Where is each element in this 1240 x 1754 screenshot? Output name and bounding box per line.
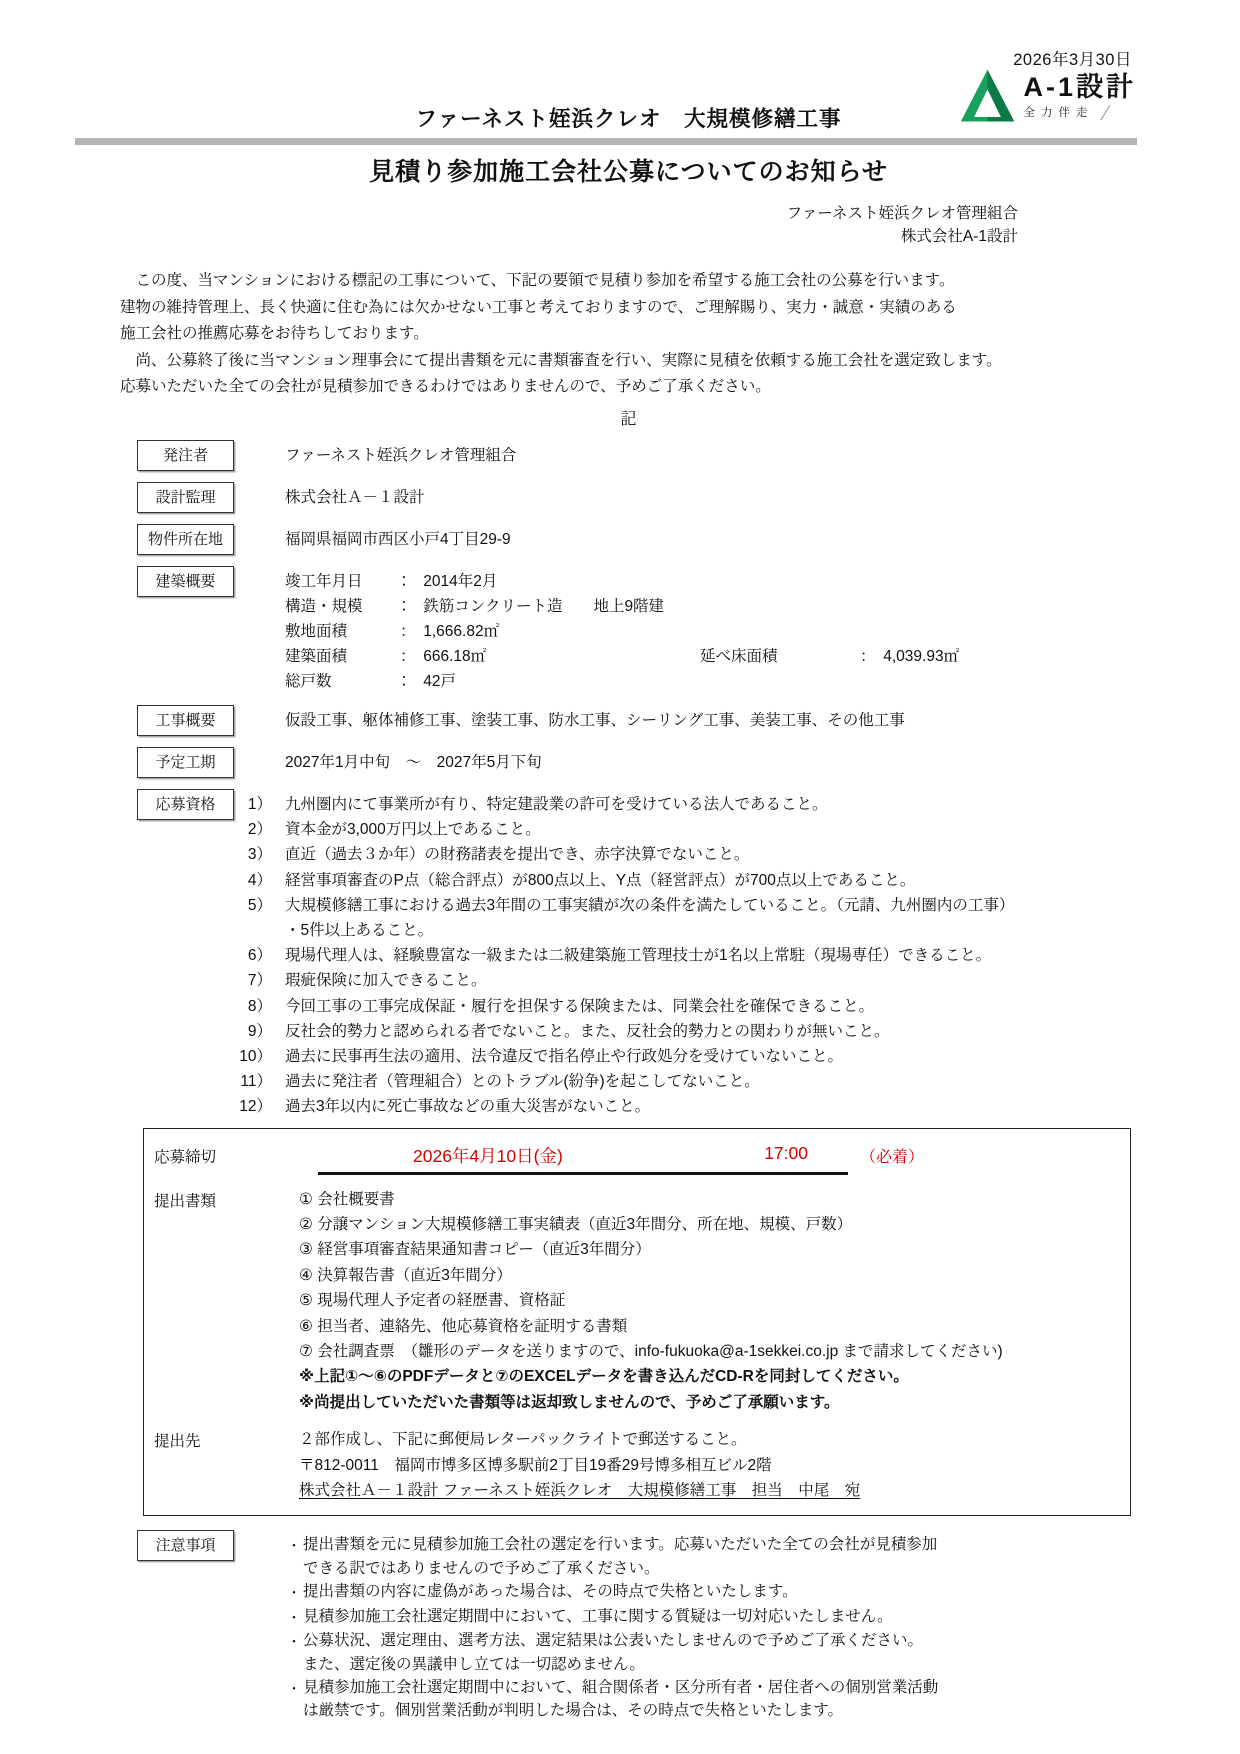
field-row-work: 工事概要 仮設工事、躯体補修工事、塗装工事、防水工事、シーリング工事、美装工事、… <box>120 705 1137 736</box>
building-key: 敷地面積 <box>285 619 400 644</box>
application-box: 応募締切 2026年4月10日(金) 17:00 （必着） 提出書類 ① 会社概… <box>143 1128 1131 1517</box>
document-item: ⑥ 担当者、連絡先、他応募資格を証明する書類 <box>299 1314 1120 1339</box>
documents-label: 提出書類 <box>154 1187 299 1416</box>
qualification-number: 9） <box>238 1019 272 1044</box>
supervisor-label: 設計監理 <box>137 482 234 513</box>
document-note: ※尚提出していただいた書類等は返却致しませんので、予めご了承願います。 <box>299 1390 1120 1415</box>
field-row-supervisor: 設計監理 株式会社Ａ－１設計 <box>120 482 1137 513</box>
qualification-number: 10） <box>238 1044 272 1069</box>
supervisor-value: 株式会社Ａ－１設計 <box>285 482 1137 510</box>
documents-row: 提出書類 ① 会社概要書 ② 分譲マンション大規模修繕工事実績表（直近3年間分、… <box>154 1187 1120 1416</box>
orderer-value: ファーネスト姪浜クレオ管理組合 <box>285 440 1137 468</box>
qualification-text: 過去に発注者（管理組合）とのトラブル(紛争)を起こしてないこと。 <box>285 1069 760 1094</box>
caution-text: 提出書類の内容に虚偽があった場合は、その時点で失格といたします。 <box>303 1580 798 1604</box>
documents-list: ① 会社概要書 ② 分譲マンション大規模修繕工事実績表（直近3年間分、所在地、規… <box>299 1187 1120 1416</box>
period-label: 予定工期 <box>137 747 234 778</box>
field-row-location: 物件所在地 福岡県福岡市西区小戸4丁目29-9 <box>120 524 1137 555</box>
qualification-item: 3）直近（過去３か年）の財務諸表を提出でき、赤字決算でないこと。 <box>238 842 1137 867</box>
sender-company: 株式会社A-1設計 <box>120 225 1018 248</box>
qualification-number: 7） <box>238 968 272 993</box>
document-date: 2026年3月30日 <box>1013 46 1132 70</box>
qualification-item: 8）今回工事の工事完成保証・履行を担保する保険または、同業会社を確保できること。 <box>238 994 1137 1019</box>
deadline-note: （必着） <box>860 1143 924 1167</box>
bullet-icon: ・ <box>285 1533 303 1580</box>
building-value: ： 666.18㎡ <box>400 644 700 669</box>
qualification-item: 9）反社会的勢力と認められる者でないこと。また、反社会的勢力との関わりが無いこと… <box>238 1019 1137 1044</box>
qualification-text: 資本金が3,000万円以上であること。 <box>285 817 541 842</box>
qualification-item: 1）九州圏内にて事業所が有り、特定建設業の許可を受けている法人であること。 <box>238 792 1137 817</box>
building-key: 総戸数 <box>285 669 400 694</box>
divider-bar <box>75 138 1137 145</box>
qualification-number: 4） <box>238 868 272 893</box>
deadline-date: 2026年4月10日(金) <box>413 1143 563 1168</box>
deadline-label: 応募締切 <box>154 1143 299 1175</box>
building-value: ： 鉄筋コンクリート造 地上9階建 <box>400 594 700 619</box>
building-rows: 竣工年月日： 2014年2月 構造・規模： 鉄筋コンクリート造 地上9階建 敷地… <box>285 566 1137 694</box>
location-label: 物件所在地 <box>137 524 234 555</box>
building-key: 建築面積 <box>285 644 400 669</box>
deadline-content: 2026年4月10日(金) 17:00 （必着） <box>299 1143 1120 1175</box>
qualification-item: 10）過去に民事再生法の適用、法令違反で指名停止や行政処分を受けていないこと。 <box>238 1044 1137 1069</box>
qualification-item: 4）経営事項審査のP点（総合評点）が800点以上、Y点（経営評点）が700点以上… <box>238 868 1137 893</box>
caution-text: 提出書類を元に見積参加施工会社の選定を行います。応募いただいた全ての会社が見積参… <box>303 1533 937 1580</box>
caution-item: ・見積参加施工会社選定期間中において、工事に関する質疑は一切対応いたしません。 <box>285 1605 1137 1629</box>
submission-label: 提出先 <box>154 1427 299 1503</box>
caution-item: ・提出書類の内容に虚偽があった場合は、その時点で失格といたします。 <box>285 1580 1137 1604</box>
qualification-text: 直近（過去３か年）の財務諸表を提出でき、赤字決算でないこと。 <box>285 842 749 867</box>
qualification-item: 2）資本金が3,000万円以上であること。 <box>238 817 1137 842</box>
qualifications-label: 応募資格 <box>137 789 234 820</box>
qualification-number: 11） <box>238 1069 272 1094</box>
logo-slash-icon <box>1092 105 1111 120</box>
page-title: 見積り参加施工会社公募についてのお知らせ <box>120 152 1137 188</box>
location-value: 福岡県福岡市西区小戸4丁目29-9 <box>285 524 1137 552</box>
qualification-text: 今回工事の工事完成保証・履行を担保する保険または、同業会社を確保できること。 <box>285 994 874 1019</box>
ki-marker: 記 <box>120 406 1137 429</box>
work-value: 仮設工事、躯体補修工事、塗装工事、防水工事、シーリング工事、美装工事、その他工事 <box>285 705 1137 733</box>
document-page: 2026年3月30日 A-1設計 全力伴走 ファーネスト姪浜クレオ 大規模修繕工… <box>0 0 1240 1754</box>
building-value2: ： 4,039.93㎡ <box>860 648 959 665</box>
building-value: ： 42戸 <box>400 669 700 694</box>
bullet-icon: ・ <box>285 1676 303 1723</box>
qualification-item: 7）瑕疵保険に加入できること。 <box>238 968 1137 993</box>
qualification-number: 2） <box>238 817 272 842</box>
field-row-orderer: 発注者 ファーネスト姪浜クレオ管理組合 <box>120 440 1137 471</box>
qualification-number: 6） <box>238 943 272 968</box>
sender-block: ファーネスト姪浜クレオ管理組合 株式会社A-1設計 <box>120 202 1137 248</box>
document-item: ② 分譲マンション大規模修繕工事実績表（直近3年間分、所在地、規模、戸数） <box>299 1212 1120 1237</box>
field-row-period: 予定工期 2027年1月中旬 ～ 2027年5月下旬 <box>120 747 1137 778</box>
logo-tagline-text: 全力伴走 <box>1023 104 1093 120</box>
deadline-row: 応募締切 2026年4月10日(金) 17:00 （必着） <box>154 1143 1120 1175</box>
building-row: 竣工年月日： 2014年2月 <box>285 569 1137 594</box>
document-item: ④ 決算報告書（直近3年間分） <box>299 1263 1120 1288</box>
caution-text: 見積参加施工会社選定期間中において、工事に関する質疑は一切対応いたしません。 <box>303 1605 893 1629</box>
building-key: 竣工年月日 <box>285 569 400 594</box>
bullet-icon: ・ <box>285 1605 303 1629</box>
field-row-cautions: 注意事項 ・提出書類を元に見積参加施工会社の選定を行います。応募いただいた全ての… <box>120 1530 1137 1722</box>
building-value: ： 1,666.82㎡ <box>400 619 700 644</box>
caution-list: ・提出書類を元に見積参加施工会社の選定を行います。応募いただいた全ての会社が見積… <box>285 1530 1137 1722</box>
qualification-number: 5） <box>238 893 272 943</box>
caution-item: ・提出書類を元に見積参加施工会社の選定を行います。応募いただいた全ての会社が見積… <box>285 1533 1137 1580</box>
qualification-number: 8） <box>238 994 272 1019</box>
document-item: ③ 経営事項審査結果通知書コピー（直近3年間分） <box>299 1237 1120 1262</box>
building-value: ： 2014年2月 <box>400 569 700 594</box>
submission-row: 提出先 ２部作成し、下記に郵便局レターパックライトで郵送すること。 〒812-0… <box>154 1427 1120 1503</box>
document-note: ※上記①～⑥のPDFデータと⑦のEXCELデータを書き込んだCD-Rを同封してく… <box>299 1364 1120 1389</box>
qualification-item: 5）大規模修繕工事における過去3年間の工事実績が次の条件を満たしていること。（元… <box>238 893 1137 943</box>
qualification-text: 九州圏内にて事業所が有り、特定建設業の許可を受けている法人であること。 <box>285 792 828 817</box>
submission-content: ２部作成し、下記に郵便局レターパックライトで郵送すること。 〒812-0011 … <box>299 1427 1120 1503</box>
building-key: 構造・規模 <box>285 594 400 619</box>
bullet-icon: ・ <box>285 1580 303 1604</box>
building-row: 建築面積： 666.18㎡延べ床面積： 4,039.93㎡ <box>285 644 1137 669</box>
building-key2: 延べ床面積 <box>700 644 860 669</box>
qualification-number: 1） <box>238 792 272 817</box>
deadline-underline: 2026年4月10日(金) 17:00 <box>318 1143 848 1175</box>
caution-text: 公募状況、選定理由、選考方法、選定結果は公表いたしませんので予めご了承ください。… <box>303 1629 923 1676</box>
a1-sekkei-logo-icon <box>959 68 1016 125</box>
qualification-text: 過去に民事再生法の適用、法令違反で指名停止や行政処分を受けていないこと。 <box>285 1044 843 1069</box>
submission-line2: 〒812-0011 福岡市博多区博多駅前2丁目19番29号博多相互ビル2階 <box>299 1453 1120 1478</box>
logo-tagline: 全力伴走 <box>1023 104 1136 120</box>
building-row: 構造・規模： 鉄筋コンクリート造 地上9階建 <box>285 594 1137 619</box>
field-row-building: 建築概要 竣工年月日： 2014年2月 構造・規模： 鉄筋コンクリート造 地上9… <box>120 566 1137 694</box>
document-item: ⑦ 会社調査票 （雛形のデータを送りますので、info-fukuoka@a-1s… <box>299 1339 1120 1364</box>
logo-company-name: A-1設計 <box>1023 74 1136 101</box>
deadline-time: 17:00 <box>764 1143 808 1168</box>
field-row-qualifications: 応募資格 1）九州圏内にて事業所が有り、特定建設業の許可を受けている法人であるこ… <box>120 789 1137 1120</box>
qualification-item: 6）現場代理人は、経験豊富な一級または二級建築施工管理技士が1名以上常駐（現場専… <box>238 943 1137 968</box>
qualification-number: 12） <box>238 1094 272 1119</box>
cautions-label: 注意事項 <box>137 1530 234 1561</box>
building-row: 敷地面積： 1,666.82㎡ <box>285 619 1137 644</box>
company-logo: A-1設計 全力伴走 <box>959 68 1136 125</box>
orderer-label: 発注者 <box>137 440 234 471</box>
qualification-text: 過去3年以内に死亡事故などの重大災害がないこと。 <box>285 1094 650 1119</box>
document-item: ① 会社概要書 <box>299 1187 1120 1212</box>
caution-item: ・公募状況、選定理由、選考方法、選定結果は公表いたしませんので予めご了承ください… <box>285 1629 1137 1676</box>
qualification-item: 12）過去3年以内に死亡事故などの重大災害がないこと。 <box>238 1094 1137 1119</box>
bullet-icon: ・ <box>285 1629 303 1676</box>
qualification-text: 大規模修繕工事における過去3年間の工事実績が次の条件を満たしていること。（元請、… <box>285 893 1014 943</box>
building-label: 建築概要 <box>137 566 234 597</box>
submission-line1: ２部作成し、下記に郵便局レターパックライトで郵送すること。 <box>299 1427 1120 1452</box>
submission-line3: 株式会社Ａ－１設計 ファーネスト姪浜クレオ 大規模修繕工事 担当 中尾 宛 <box>299 1478 1120 1503</box>
period-value: 2027年1月中旬 ～ 2027年5月下旬 <box>285 747 1137 775</box>
qualification-list: 1）九州圏内にて事業所が有り、特定建設業の許可を受けている法人であること。 2）… <box>238 789 1137 1120</box>
work-label: 工事概要 <box>137 705 234 736</box>
qualification-text: 瑕疵保険に加入できること。 <box>285 968 487 993</box>
qualification-text: 反社会的勢力と認められる者でないこと。また、反社会的勢力との関わりが無いこと。 <box>285 1019 890 1044</box>
qualification-text: 経営事項審査のP点（総合評点）が800点以上、Y点（経営評点）が700点以上であ… <box>285 868 915 893</box>
qualification-item: 11）過去に発注者（管理組合）とのトラブル(紛争)を起こしてないこと。 <box>238 1069 1137 1094</box>
caution-text: 見積参加施工会社選定期間中において、組合関係者・区分所有者・居住者への個別営業活… <box>303 1676 938 1723</box>
logo-text-block: A-1設計 全力伴走 <box>1023 74 1136 120</box>
sender-association: ファーネスト姪浜クレオ管理組合 <box>120 202 1018 225</box>
qualification-number: 3） <box>238 842 272 867</box>
building-row: 総戸数： 42戸 <box>285 669 1137 694</box>
caution-item: ・見積参加施工会社選定期間中において、組合関係者・区分所有者・居住者への個別営業… <box>285 1676 1137 1723</box>
document-item: ⑤ 現場代理人予定者の経歴書、資格証 <box>299 1288 1120 1313</box>
qualification-text: 現場代理人は、経験豊富な一級または二級建築施工管理技士が1名以上常駐（現場専任）… <box>285 943 991 968</box>
intro-paragraph: この度、当マンションにおける標記の工事について、下記の要領で見積り参加を希望する… <box>120 268 1137 401</box>
